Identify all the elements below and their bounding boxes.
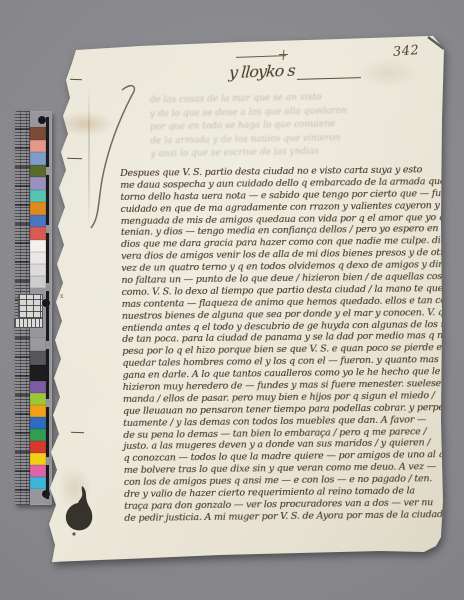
photo-backdrop: 342 y lloyko s de las cosas de la mar qu… bbox=[0, 0, 464, 600]
docket-title: y lloyko s bbox=[228, 61, 295, 82]
ink-blot bbox=[58, 483, 94, 539]
margin-small-mark: x bbox=[60, 293, 63, 300]
margin-tick-mark bbox=[70, 79, 82, 81]
folded-corner-mark bbox=[424, 32, 450, 56]
manuscript-page: 342 y lloyko s de las cosas de la mar qu… bbox=[0, 0, 464, 600]
folio-number: 342 bbox=[393, 43, 420, 60]
margin-annotation: Guadalaxara bbox=[46, 228, 54, 300]
cross-mark-icon bbox=[279, 54, 288, 55]
manuscript-text-block: Despues que V. S. partio desta ciudad no… bbox=[120, 164, 450, 525]
top-rule-stroke bbox=[236, 55, 286, 58]
show-through-text: de las cosas de la mar que se an vistoy … bbox=[149, 90, 436, 162]
paper-stain bbox=[356, 58, 420, 88]
manuscript-page-wrap: 342 y lloyko s de las cosas de la mar qu… bbox=[0, 0, 464, 600]
margin-tick-mark bbox=[71, 432, 84, 434]
docket-flourish-stroke bbox=[297, 77, 361, 80]
margin-tick-mark bbox=[67, 158, 82, 160]
